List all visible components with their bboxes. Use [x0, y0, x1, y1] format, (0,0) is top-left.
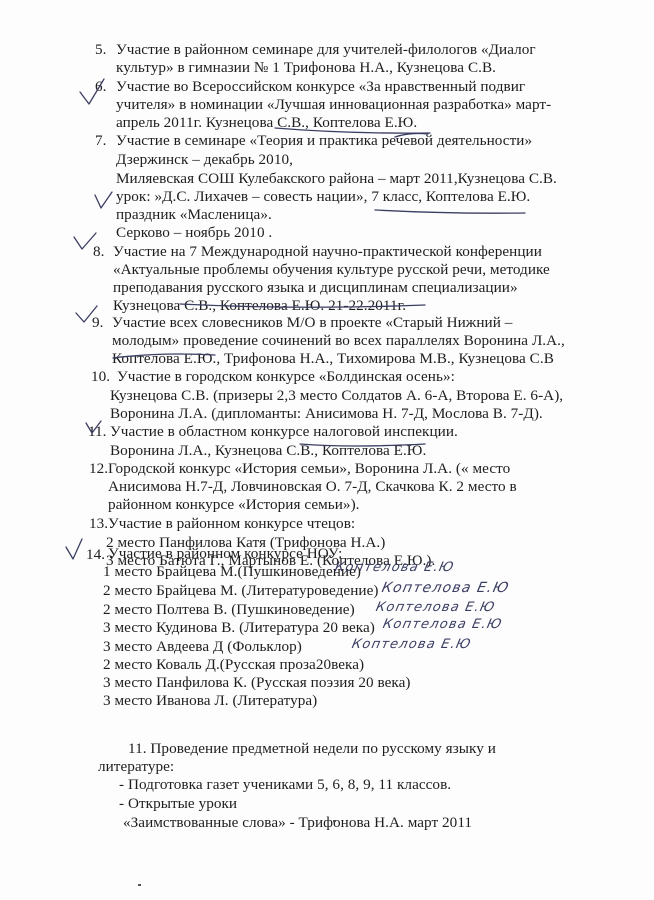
- item-number: 13.: [89, 515, 108, 533]
- item-10-line-3: Воронина Л.А. (дипломанты: Анисимова Н. …: [110, 405, 543, 423]
- item-8-line-1: Участие на 7 Международной научно-практи…: [113, 243, 542, 261]
- item-7-line-6: Серково – ноябрь 2010 .: [116, 224, 272, 242]
- item-14-place-5: 3 место Авдеева Д (Фольклор): [103, 638, 302, 656]
- document-page: 5. Участие в районном семинаре для учите…: [0, 0, 654, 900]
- section-heading-cont: литературе:: [98, 758, 174, 776]
- item-13-line-1: Участие в районном конкурсе чтецов:: [108, 515, 355, 533]
- underline: [375, 210, 525, 213]
- handwritten-note: Коптелова Е.Ю: [374, 600, 496, 615]
- scan-speck: [333, 820, 336, 822]
- section-bullet-1: - Подготовка газет учениками 5, 6, 8, 9,…: [119, 776, 451, 794]
- item-number: 12.: [89, 460, 108, 478]
- item-7-line-2: Дзержинск – декабрь 2010,: [116, 151, 293, 169]
- handwritten-note: Коптелова Е.Ю: [381, 617, 503, 632]
- item-7-line-4: урок: »Д.С. Лихачев – совесть нации», 7 …: [116, 188, 530, 206]
- item-14-place-3: 2 место Полтева В. (Пушкиноведение): [103, 601, 355, 619]
- item-number: 11.: [88, 423, 106, 441]
- item-14-place-6: 2 место Коваль Д.(Русская проза20века): [103, 656, 364, 674]
- item-11-line-2: Воронина Л.А., Кузнецова С.В., Коптелова…: [110, 442, 426, 460]
- item-9-line-2: молодым» проведение сочинений во всех па…: [112, 332, 565, 350]
- item-11-line-1: Участие в областном конкурсе налоговой и…: [110, 423, 458, 441]
- section-heading: 11. Проведение предметной недели по русс…: [128, 740, 496, 758]
- item-12-line-2: Анисимова Н.7-Д, Ловчиновская О. 7-Д, Ск…: [108, 478, 517, 496]
- item-14-place-2: 2 место Брайцева М. (Литературоведение): [103, 582, 378, 600]
- item-14-line-1: Участие в районном конкурсе НОУ:: [108, 545, 342, 563]
- item-5-line-1: Участие в районном семинаре для учителей…: [116, 41, 536, 59]
- item-6-line-2: учителя» в номинации «Лучшая инновационн…: [116, 96, 551, 114]
- handwritten-note: Коптелова Е.Ю: [380, 580, 511, 596]
- item-number: 5.: [95, 41, 106, 59]
- item-14-place-7: 3 место Панфилова К. (Русская поэзия 20 …: [103, 674, 411, 692]
- item-6-line-3: апрель 2011г. Кузнецова С.В., Коптелова …: [116, 114, 417, 132]
- item-number: 9.: [92, 314, 103, 332]
- handwritten-note: Коптелова Е.Ю: [350, 637, 472, 652]
- section-lesson: «Заимствованные слова» - Трифонова Н.А. …: [123, 814, 472, 832]
- item-9-line-1: Участие всех словесников М/О в проекте «…: [112, 314, 512, 332]
- item-number: 14.: [86, 546, 105, 564]
- item-6-line-1: Участие во Всероссийском конкурсе «За нр…: [116, 78, 525, 96]
- item-8-line-3: преподавания русского языка и дисциплина…: [113, 279, 518, 297]
- item-12-line-1: Городской конкурс «История семьи», Ворон…: [108, 460, 510, 478]
- section-bullet-2: - Открытые уроки: [119, 795, 237, 813]
- check-mark-icon: [95, 192, 112, 208]
- item-number: 6.: [95, 78, 106, 96]
- item-8-line-2: «Актуальные проблемы обучения культуре р…: [113, 261, 550, 279]
- item-8-line-4: Кузнецова С.В., Коптелова Е.Ю. 21-22.201…: [113, 297, 406, 315]
- item-10-line-2: Кузнецова С.В. (призеры 2,3 место Солдат…: [110, 387, 563, 405]
- item-5-line-2: культур» в гимназии № 1 Трифонова Н.А., …: [116, 59, 496, 77]
- item-7-line-1: Участие в семинаре «Теория и практика ре…: [116, 132, 532, 150]
- item-14-place-1: 1 место Брайцева М.(Пушкиноведение): [103, 563, 361, 581]
- item-number: 10.: [91, 368, 110, 386]
- item-9-line-3: Коптелова Е.Ю., Трифонова Н.А., Тихомиро…: [112, 350, 554, 368]
- item-7-line-3: Миляевская СОШ Кулебакского района – мар…: [116, 170, 557, 188]
- item-14-place-4: 3 место Кудинова В. (Литература 20 века): [103, 619, 375, 637]
- item-7-line-5: праздник «Масленица».: [116, 206, 272, 224]
- item-12-line-3: районном конкурсе «История семьи»).: [108, 496, 360, 514]
- scan-speck: [138, 884, 141, 886]
- handwritten-note: Коптелова Е.Ю: [333, 560, 455, 575]
- item-10-line-1: Участие в городском конкурсе «Болдинская…: [117, 368, 455, 386]
- check-mark-icon: [66, 539, 82, 559]
- item-14-place-8: 3 место Иванова Л. (Литература): [103, 692, 317, 710]
- item-number: 8.: [93, 243, 104, 261]
- item-number: 7.: [95, 132, 106, 150]
